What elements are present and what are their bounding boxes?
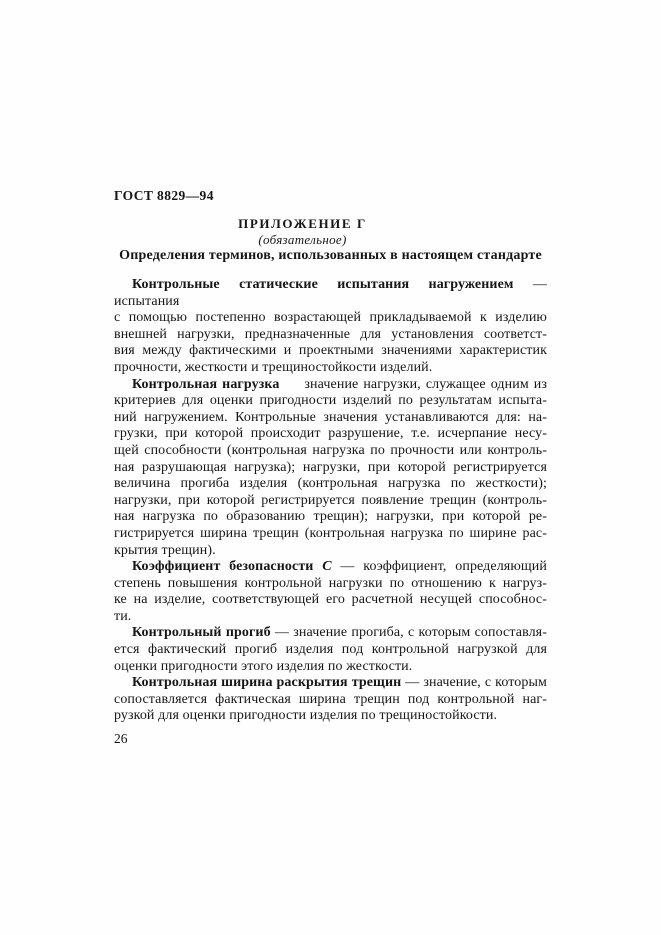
definition-last-line: ти. — [114, 609, 547, 626]
text-line: внешней нагрузки, предназначенные для ус… — [114, 327, 547, 344]
definition-text: значение нагрузки, служащее одним из — [304, 377, 547, 392]
text-line: вия между фактическими и проектными знач… — [114, 343, 547, 360]
term-bold: Контрольная нагрузка — [132, 377, 279, 392]
text-line: грузки, при которой происходит разрушени… — [114, 426, 547, 443]
definition-first-line: Контрольная нагрузка значение нагрузки, … — [114, 377, 547, 394]
definition-text: испытания — [114, 294, 179, 309]
text-line: ке на изделие, соответствующей его расче… — [114, 592, 547, 609]
term-bold: Коэффициент безопасности — [132, 559, 313, 574]
term-bold: Контрольный прогиб — [132, 625, 271, 640]
text-line: ная разрушающая нагрузка); нагрузки, при… — [114, 460, 547, 477]
appendix-heading-block: ПРИЛОЖЕНИЕ Г (обязательное) — [114, 216, 547, 246]
term-separator: — — [332, 559, 364, 574]
definition-first-line: Контрольные статические испытания нагруж… — [114, 277, 547, 310]
term-bold: Контрольные статические испытания нагруж… — [132, 277, 514, 292]
text-line: щей способности (контрольная нагрузка по… — [114, 443, 547, 460]
term-separator: — — [401, 675, 423, 690]
term-bold: Контрольная ширина раскрытия трещин — [132, 675, 401, 690]
definition-text: значение, с которым — [423, 675, 547, 690]
definition-paragraph-control-deflection: Контрольный прогиб — значение прогиба, с… — [114, 625, 547, 675]
definition-text: коэффициент, определяющий — [363, 559, 547, 574]
definition-first-line: Контрольный прогиб — значение прогиба, с… — [114, 625, 547, 642]
text-line: степень повышения контрольной нагрузки п… — [114, 576, 547, 593]
appendix-obligatory-note: (обязательное) — [114, 233, 491, 246]
text-line: сопоставляется фактическая ширина трещин… — [114, 692, 547, 709]
definition-paragraph-control-load: Контрольная нагрузка значение нагрузки, … — [114, 377, 547, 560]
definition-paragraph-safety-factor: Коэффициент безопасности С — коэффициент… — [114, 559, 547, 625]
definition-last-line: крытия трещин). — [114, 543, 547, 560]
scanned-document-page: ГОСТ 8829—94 ПРИЛОЖЕНИЕ Г (обязательное)… — [0, 0, 661, 935]
text-line: с помощью постепенно возрастающей прикла… — [114, 310, 547, 327]
text-line: гистрируется ширина трещин (контрольная … — [114, 526, 547, 543]
definition-last-line: оценки пригодности этого изделия по жест… — [114, 659, 547, 676]
definition-text: значение прогиба, с которым сопоставля- — [293, 625, 547, 640]
definition-paragraph-static-tests: Контрольные статические испытания нагруж… — [114, 277, 547, 377]
text-line: величина прогиба изделия (контрольная на… — [114, 476, 547, 493]
definition-first-line: Контрольная ширина раскрытия трещин — зн… — [114, 675, 547, 692]
standard-code-header: ГОСТ 8829—94 — [114, 188, 547, 203]
text-line: критериев для оценки пригодности изделий… — [114, 393, 547, 410]
definition-last-line: прочности, жесткости и трещиностойкости … — [114, 360, 547, 377]
section-title: Определения терминов, использованных в н… — [114, 248, 547, 264]
text-column: ГОСТ 8829—94 ПРИЛОЖЕНИЕ Г (обязательное)… — [114, 188, 547, 725]
definition-middle-lines: степень повышения контрольной нагрузки п… — [114, 576, 547, 609]
text-line: ная нагрузка по образованию трещин); наг… — [114, 509, 547, 526]
page-number: 26 — [114, 731, 128, 746]
definition-middle-lines: сопоставляется фактическая ширина трещин… — [114, 692, 547, 709]
definition-last-line: рузкой для оценки пригодности изделия по… — [114, 708, 547, 725]
term-separator: — — [271, 625, 294, 640]
definition-middle-lines: с помощью постепенно возрастающей прикла… — [114, 310, 547, 360]
text-line: ется фактический прогиб изделия под конт… — [114, 642, 547, 659]
definition-first-line: Коэффициент безопасности С — коэффициент… — [114, 559, 547, 576]
text-line: ний нагружением. Контрольные значения ус… — [114, 410, 547, 427]
appendix-label: ПРИЛОЖЕНИЕ Г — [114, 216, 491, 231]
text-line: нагрузки, при которой регистрируется поя… — [114, 493, 547, 510]
definition-middle-lines: ется фактический прогиб изделия под конт… — [114, 642, 547, 659]
term-separator: — — [514, 277, 547, 292]
definition-middle-lines: критериев для оценки пригодности изделий… — [114, 393, 547, 542]
term-symbol-C-italic: С — [313, 559, 331, 574]
term-separator — [279, 377, 304, 392]
definitions-body: Контрольные статические испытания нагруж… — [114, 277, 547, 725]
definition-paragraph-crack-width: Контрольная ширина раскрытия трещин — зн… — [114, 675, 547, 725]
